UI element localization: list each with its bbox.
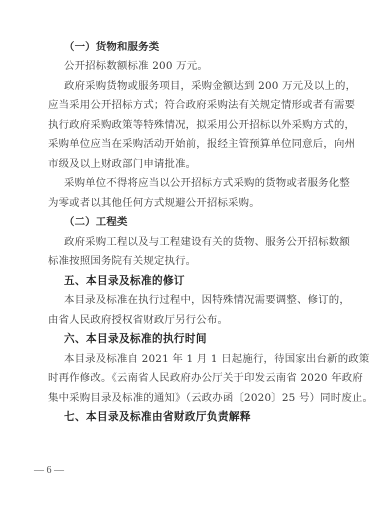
paragraph-line: 本目录及标准在执行过程中，因特殊情况需要调整、修订的， [64,293,332,307]
paragraph-line: 公开招标数额标准 200 万元。 [64,59,332,73]
section-heading-effective-date: 六、本目录及标准的执行时间 [64,332,332,346]
paragraph-line: 市级及以上财政部门申请批准。 [48,157,332,171]
paragraph-line: 采购单位应当在采购活动开始前，报经主管预算单位同意后，向州 [48,137,332,151]
page-number: — 6 — [34,465,64,476]
paragraph-line: 本目录及标准自 2021 年 1 月 1 日起施行，待国家出台新的政策 [64,352,332,366]
paragraph-line: 执行政府采购政策等特殊情况，拟采用公开招标以外采购方式的， [48,118,332,132]
paragraph-line: 标准按照国务院有关规定执行。 [48,254,332,268]
paragraph-line: 由省人民政府授权省财政厅另行公布。 [48,313,332,327]
paragraph-line: 应当采用公开招标方式；符合政府采购法有关规定情形或者有需要 [48,98,332,112]
paragraph-line: 政府采购工程以及与工程建设有关的货物、服务公开招标数额 [64,235,332,249]
subheading-engineering: （二）工程类 [64,215,332,229]
section-heading-interpretation: 七、本目录及标准由省财政厅负责解释 [64,410,332,424]
paragraph-line: 集中采购目录及标准的通知》（云政办函〔2020〕25 号）同时废止。 [48,391,332,405]
subheading-goods-services: （一）货物和服务类 [64,40,332,54]
document-page: （一）货物和服务类 公开招标数额标准 200 万元。 政府采购货物或服务项目，采… [0,0,372,507]
paragraph-line: 为零或者以其他任何方式规避公开招标采购。 [48,196,332,210]
paragraph-line: 时再作修改。《云南省人民政府办公厅关于印发云南省 2020 年政府 [48,371,332,385]
paragraph-line: 政府采购货物或服务项目，采购金额达到 200 万元及以上的， [64,79,332,93]
paragraph-line: 采购单位不得将应当以公开招标方式采购的货物或者服务化整 [64,176,332,190]
section-heading-revision: 五、本目录及标准的修订 [64,274,332,288]
